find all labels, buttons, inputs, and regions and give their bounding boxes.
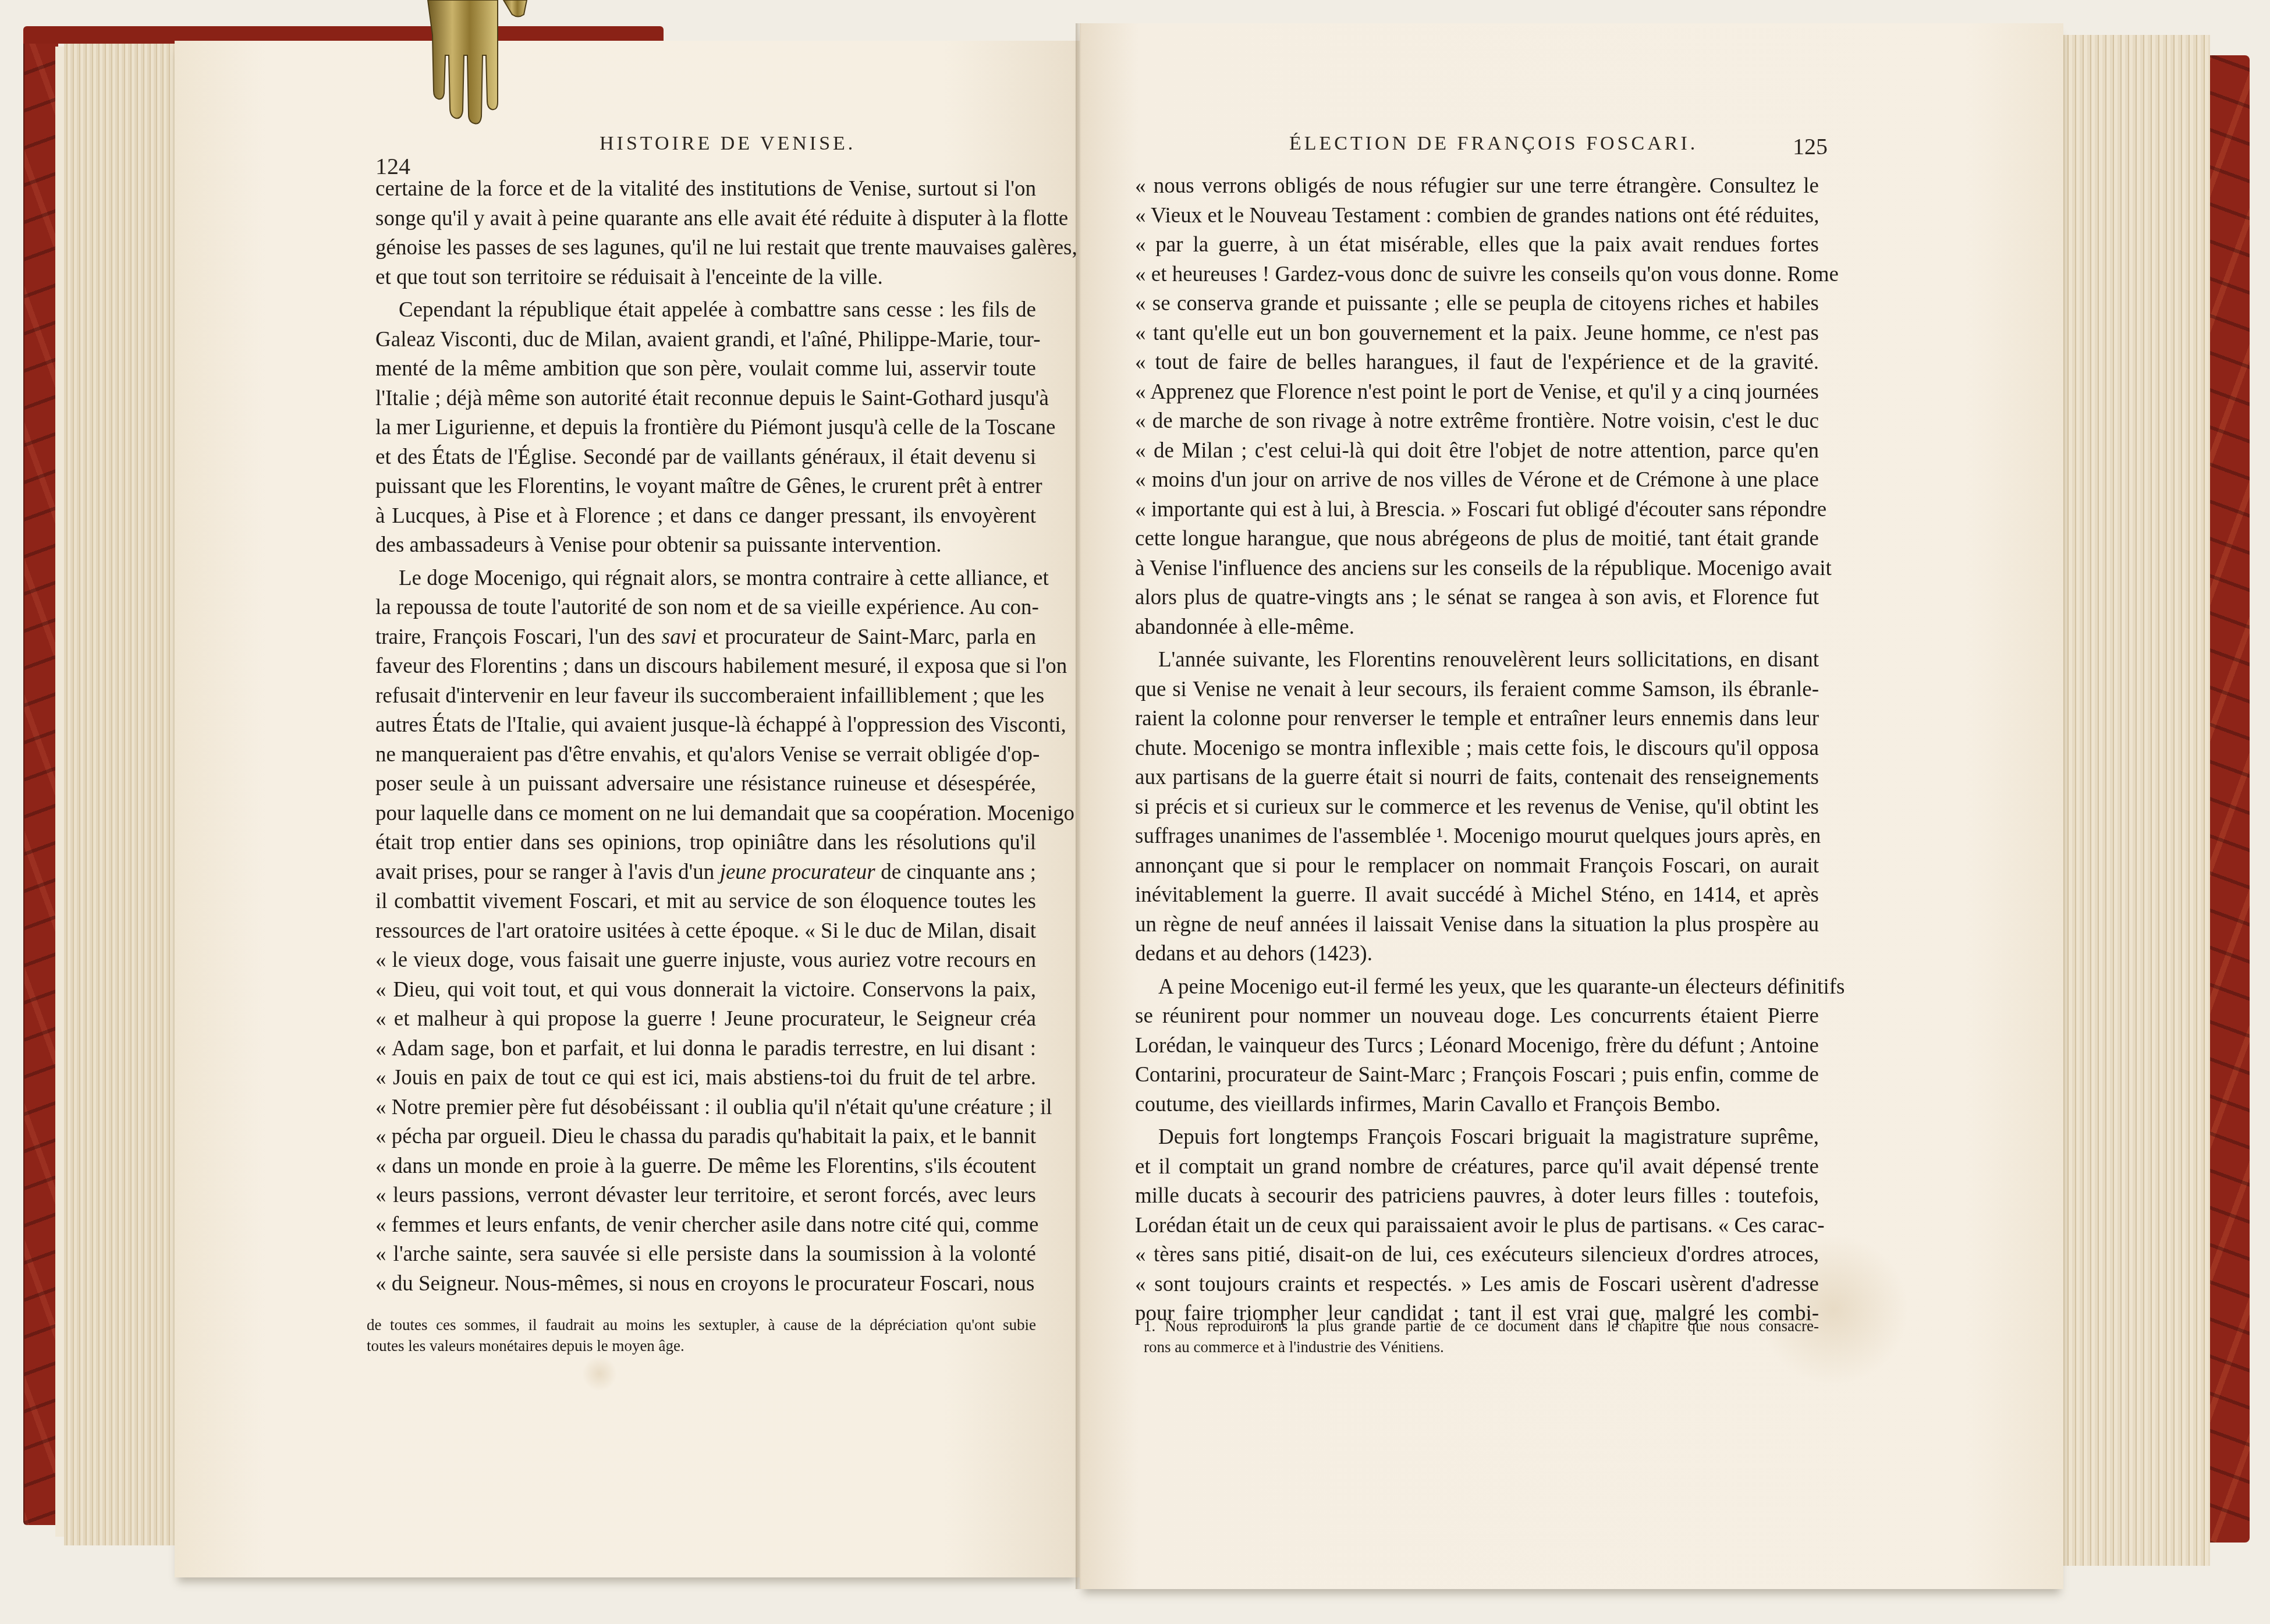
right-running-head: ÉLECTION DE FRANÇOIS FOSCARI. (1289, 133, 1698, 155)
text-line: puissant que les Florentins, le voyant m… (375, 472, 1036, 502)
footnote-line: de toutes ces sommes, il faudrait au moi… (367, 1314, 1036, 1335)
right-cover (2206, 55, 2250, 1543)
text-line: « et malheur à qui propose la guerre ! J… (375, 1005, 1036, 1034)
text-line: dedans et au dehors (1423). (1135, 939, 1819, 969)
text-line: raient la colonne pour renverser le temp… (1135, 704, 1819, 734)
text-line: « et heureuses ! Gardez-vous donc de sui… (1135, 260, 1819, 290)
text-line: « tant qu'elle eut un bon gouvernement e… (1135, 319, 1819, 349)
text-line: « par la guerre, à un état misérable, el… (1135, 231, 1819, 260)
text-line: mille ducats à secourir des patriciens p… (1135, 1182, 1819, 1211)
text-line: si précis et si curieux sur le commerce … (1135, 793, 1819, 822)
text-line: certaine de la force et de la vitalité d… (375, 175, 1036, 204)
text-line: « Notre premier père fut désobéissant : … (375, 1093, 1036, 1123)
text-line: abandonnée à elle-même. (1135, 613, 1819, 643)
text-line: et des États de l'Église. Secondé par de… (375, 443, 1036, 473)
text-line: traire, François Foscari, l'un des savi … (375, 623, 1036, 653)
text-line: à Lucques, à Pise et à Florence ; et dan… (375, 502, 1036, 531)
text-line: « Adam sage, bon et parfait, et lui donn… (375, 1034, 1036, 1064)
text-line: autres États de l'Italie, qui avaient ju… (375, 711, 1036, 740)
text-line: Lorédan était un de ceux qui paraissaien… (1135, 1211, 1819, 1241)
text-line: « du Seigneur. Nous-mêmes, si nous en cr… (375, 1270, 1036, 1299)
text-line: « Jouis en paix de tout ce qui est ici, … (375, 1063, 1036, 1093)
text-line: « moins d'un jour on arrive de nos ville… (1135, 466, 1819, 495)
text-line: « leurs passions, verront dévaster leur … (375, 1181, 1036, 1211)
text-line: « tout de faire de belles harangues, il … (1135, 348, 1819, 378)
text-line: « Dieu, qui voit tout, et qui vous donne… (375, 976, 1036, 1005)
text-line: et il comptait un grand nombre de créatu… (1135, 1153, 1819, 1182)
text-line: que si Venise ne venait à leur secours, … (1135, 675, 1819, 705)
left-page-edges (64, 44, 182, 1545)
text-line: cette longue harangue, que nous abrégeon… (1135, 524, 1819, 554)
paper-stain (582, 1356, 617, 1391)
footnote-line: rons au commerce et à l'industrie des Vé… (1144, 1336, 1819, 1357)
text-line: aux partisans de la guerre était si nour… (1135, 763, 1819, 793)
text-line: « Apprenez que Florence n'est point le p… (1135, 378, 1819, 407)
text-line: « importante qui est à lui, à Brescia. »… (1135, 495, 1819, 525)
text-line: se réunirent pour nommer un nouveau doge… (1135, 1002, 1819, 1031)
text-line: génoise les passes de ses lagunes, qu'il… (375, 233, 1036, 263)
left-cover (23, 35, 58, 1525)
text-line: menté de la même ambition que son père, … (375, 354, 1036, 384)
right-footnote: 1. Nous reproduirons la plus grande part… (1144, 1315, 1819, 1357)
italic-term: savi (662, 625, 697, 649)
right-page-number: 125 (1793, 133, 1828, 160)
text-line: « Vieux et le Nouveau Testament : combie… (1135, 201, 1819, 231)
text-line: annonçant que si pour le remplacer on no… (1135, 852, 1819, 881)
text-line: « sont toujours craints et respectés. » … (1135, 1270, 1819, 1300)
text-line: « le vieux doge, vous faisait une guerre… (375, 946, 1036, 976)
left-body-text: certaine de la force et de la vitalité d… (375, 175, 1036, 1299)
text-line: pour laquelle dans ce moment on ne lui d… (375, 799, 1036, 829)
text-line: à Venise l'influence des anciens sur les… (1135, 554, 1819, 584)
footnote-line: 1. Nous reproduirons la plus grande part… (1144, 1315, 1819, 1336)
text-line: « tères sans pitié, disait-on de lui, ce… (1135, 1240, 1819, 1270)
italic-term: jeune procurateur (720, 860, 875, 884)
left-footnote: de toutes ces sommes, il faudrait au moi… (367, 1314, 1036, 1356)
text-line: Lorédan, le vainqueur des Turcs ; Léonar… (1135, 1031, 1819, 1061)
text-line: Galeaz Visconti, duc de Milan, avaient g… (375, 325, 1036, 355)
text-line: il combattit vivement Foscari, et mit au… (375, 887, 1036, 917)
text-line: inévitablement la guerre. Il avait succé… (1135, 881, 1819, 910)
text-line: et que tout son territoire se réduisait … (375, 263, 1036, 293)
text-line: Le doge Mocenigo, qui régnait alors, se … (375, 564, 1036, 594)
text-line: faveur des Florentins ; dans un discours… (375, 652, 1036, 682)
text-line: « dans un monde en proie à la guerre. De… (375, 1152, 1036, 1182)
text-line: « de marche de son rivage à notre extrêm… (1135, 407, 1819, 437)
right-page-edges[interactable] (2063, 35, 2210, 1566)
text-line: alors plus de quatre-vingts ans ; le sén… (1135, 583, 1819, 613)
text-line: Depuis fort longtemps François Foscari b… (1135, 1123, 1819, 1153)
text-line: chute. Mocenigo se montra inflexible ; m… (1135, 734, 1819, 764)
text-line: « femmes et leurs enfants, de venir cher… (375, 1211, 1036, 1240)
text-line: « nous verrons obligés de nous réfugier … (1135, 172, 1819, 201)
right-body-text: « nous verrons obligés de nous réfugier … (1135, 172, 1819, 1329)
text-line: suffrages unanimes de l'assemblée ¹. Moc… (1135, 822, 1819, 852)
text-line: l'Italie ; déjà même son autorité était … (375, 384, 1036, 414)
text-line: « se conserva grande et puissante ; elle… (1135, 289, 1819, 319)
text-line: songe qu'il y avait à peine quarante ans… (375, 204, 1036, 234)
text-line: un règne de neuf années il laissait Veni… (1135, 910, 1819, 940)
brass-hand-bookmark-icon[interactable] (410, 0, 533, 125)
text-line: A peine Mocenigo eut-il fermé les yeux, … (1135, 973, 1819, 1002)
text-line: L'année suivante, les Florentins renouve… (1135, 646, 1819, 675)
text-line: Contarini, procurateur de Saint-Marc ; F… (1135, 1061, 1819, 1090)
text-line: « de Milan ; c'est celui-là qui doit êtr… (1135, 437, 1819, 466)
text-line: avait prises, pour se ranger à l'avis d'… (375, 858, 1036, 888)
text-line: Cependant la république était appelée à … (375, 296, 1036, 325)
text-line: la repoussa de toute l'autorité de son n… (375, 593, 1036, 623)
text-line: était trop entier dans ses opinions, tro… (375, 828, 1036, 858)
text-line: la mer Ligurienne, et depuis la frontièr… (375, 413, 1036, 443)
text-line: ressources de l'art oratoire usitées à c… (375, 917, 1036, 946)
text-line: coutume, des vieillards infirmes, Marin … (1135, 1090, 1819, 1120)
text-line: « pécha par orgueil. Dieu le chassa du p… (375, 1122, 1036, 1152)
left-running-head: HISTOIRE DE VENISE. (600, 133, 856, 155)
text-line: poser seule à un puissant adversaire une… (375, 770, 1036, 799)
text-line: ne manqueraient pas d'être envahis, et q… (375, 740, 1036, 770)
text-line: « l'arche sainte, sera sauvée si elle pe… (375, 1240, 1036, 1270)
text-line: des ambassadeurs à Venise pour obtenir s… (375, 531, 1036, 561)
text-line: refusait d'intervenir en leur faveur ils… (375, 682, 1036, 711)
footnote-line: toutes les valeurs monétaires depuis le … (367, 1335, 1036, 1356)
